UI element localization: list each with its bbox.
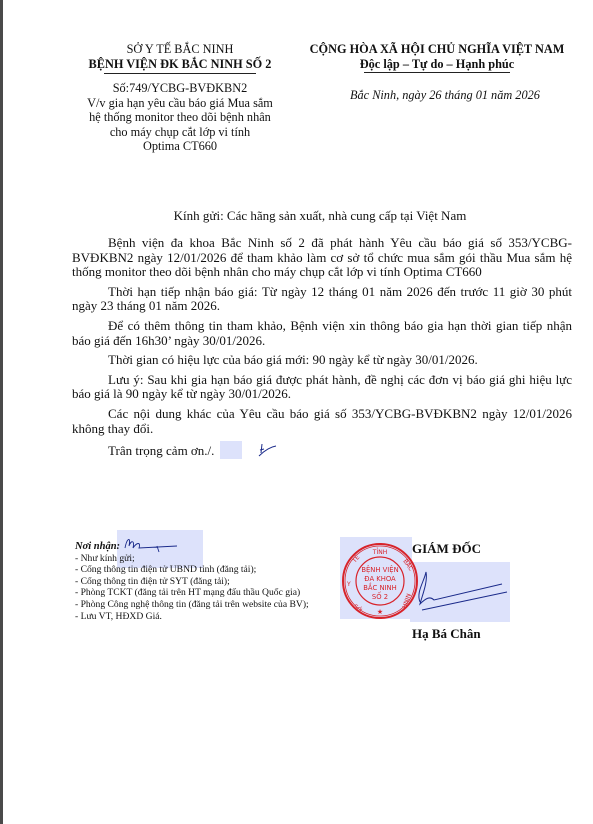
director-signature-icon xyxy=(412,562,512,622)
subject-line: V/v gia hạn yêu cầu báo giá Mua sắm xyxy=(60,96,300,111)
nation-name: CỘNG HÒA XÃ HỘI CHỦ NGHĨA VIỆT NAM xyxy=(292,42,582,57)
svg-text:Y: Y xyxy=(346,581,351,588)
signatory-title: GIÁM ĐỐC xyxy=(412,541,481,557)
initial-signature-icon xyxy=(220,441,242,459)
recipient-item: - Phòng TCKT (đăng tải trên HT mạng đấu … xyxy=(75,587,309,599)
svg-text:SỐ 2: SỐ 2 xyxy=(372,591,388,601)
hospital-name: BỆNH VIỆN ĐK BẮC NINH SỐ 2 xyxy=(60,57,300,72)
recipients-list: Nơi nhận: - Như kính gửi; - Cổng thông t… xyxy=(75,541,309,622)
paragraph: Các nội dung khác của Yêu cầu báo giá số… xyxy=(72,407,572,436)
recipient-item: - Lưu VT, HĐXD Giá. xyxy=(75,611,309,623)
stamp-line: BỆNH VIỆN xyxy=(361,565,398,574)
national-motto: Độc lập – Tự do – Hạnh phúc xyxy=(292,57,582,72)
subject-line: Optima CT660 xyxy=(60,139,300,154)
svg-text:TỈNH: TỈNH xyxy=(372,548,387,556)
recipient-item: - Phòng Công nghệ thông tin (đăng tải tr… xyxy=(75,599,309,611)
motto-underline xyxy=(364,72,510,73)
page-edge-bar xyxy=(0,0,3,824)
recipient-item: - Cổng thông tin điện tử UBND tỉnh (đăng… xyxy=(75,564,309,576)
paragraph: Bệnh viện đa khoa Bắc Ninh số 2 đã phát … xyxy=(72,236,572,280)
subject-line: cho máy chụp cắt lớp vi tính xyxy=(60,125,300,140)
subject-line: hệ thống monitor theo dõi bệnh nhân xyxy=(60,110,300,125)
issuer-underline xyxy=(104,73,256,74)
closing-line: Trân trọng cảm ơn./. xyxy=(72,441,572,459)
paragraph: Thời hạn tiếp nhận báo giá: Từ ngày 12 t… xyxy=(72,285,572,314)
signatory-name: Hạ Bá Chân xyxy=(412,626,481,642)
paragraph: Lưu ý: Sau khi gia hạn báo giá được phát… xyxy=(72,373,572,402)
svg-text:BẮC NINH: BẮC NINH xyxy=(363,582,397,592)
svg-text:★: ★ xyxy=(377,608,383,616)
official-stamp-icon: TỈNH TẾ Y SỞ BẮC NINH BỆNH VIỆN ĐA KHOA … xyxy=(341,541,419,621)
svg-text:ĐA KHOA: ĐA KHOA xyxy=(364,575,396,583)
recipient-item: - Cổng thông tin điện tử SYT (đăng tải); xyxy=(75,576,309,588)
paragraph: Thời gian có hiệu lực của báo giá mới: 9… xyxy=(72,353,572,368)
recipient-item: - Như kính gửi; xyxy=(75,553,309,565)
svg-text:TẾ: TẾ xyxy=(350,553,362,565)
svg-text:NINH: NINH xyxy=(400,592,412,609)
national-header: CỘNG HÒA XÃ HỘI CHỦ NGHĨA VIỆT NAM Độc l… xyxy=(292,42,582,73)
greeting: Kính gửi: Các hãng sản xuất, nhà cung cấ… xyxy=(60,208,580,224)
agency-name: SỞ Y TẾ BẮC NINH xyxy=(60,42,300,57)
paragraph: Để có thêm thông tin tham khảo, Bệnh việ… xyxy=(72,319,572,348)
letter-body: Bệnh viện đa khoa Bắc Ninh số 2 đã phát … xyxy=(72,236,572,464)
document-number: Số:749/YCBG-BVĐKBN2 xyxy=(60,82,300,96)
place-date: Bắc Ninh, ngày 26 tháng 01 năm 2026 xyxy=(350,88,540,103)
issuer-block: SỞ Y TẾ BẮC NINH BỆNH VIỆN ĐK BẮC NINH S… xyxy=(60,42,300,154)
recipients-title: Nơi nhận: xyxy=(75,541,309,553)
closing-text: Trân trọng cảm ơn./. xyxy=(108,443,214,458)
